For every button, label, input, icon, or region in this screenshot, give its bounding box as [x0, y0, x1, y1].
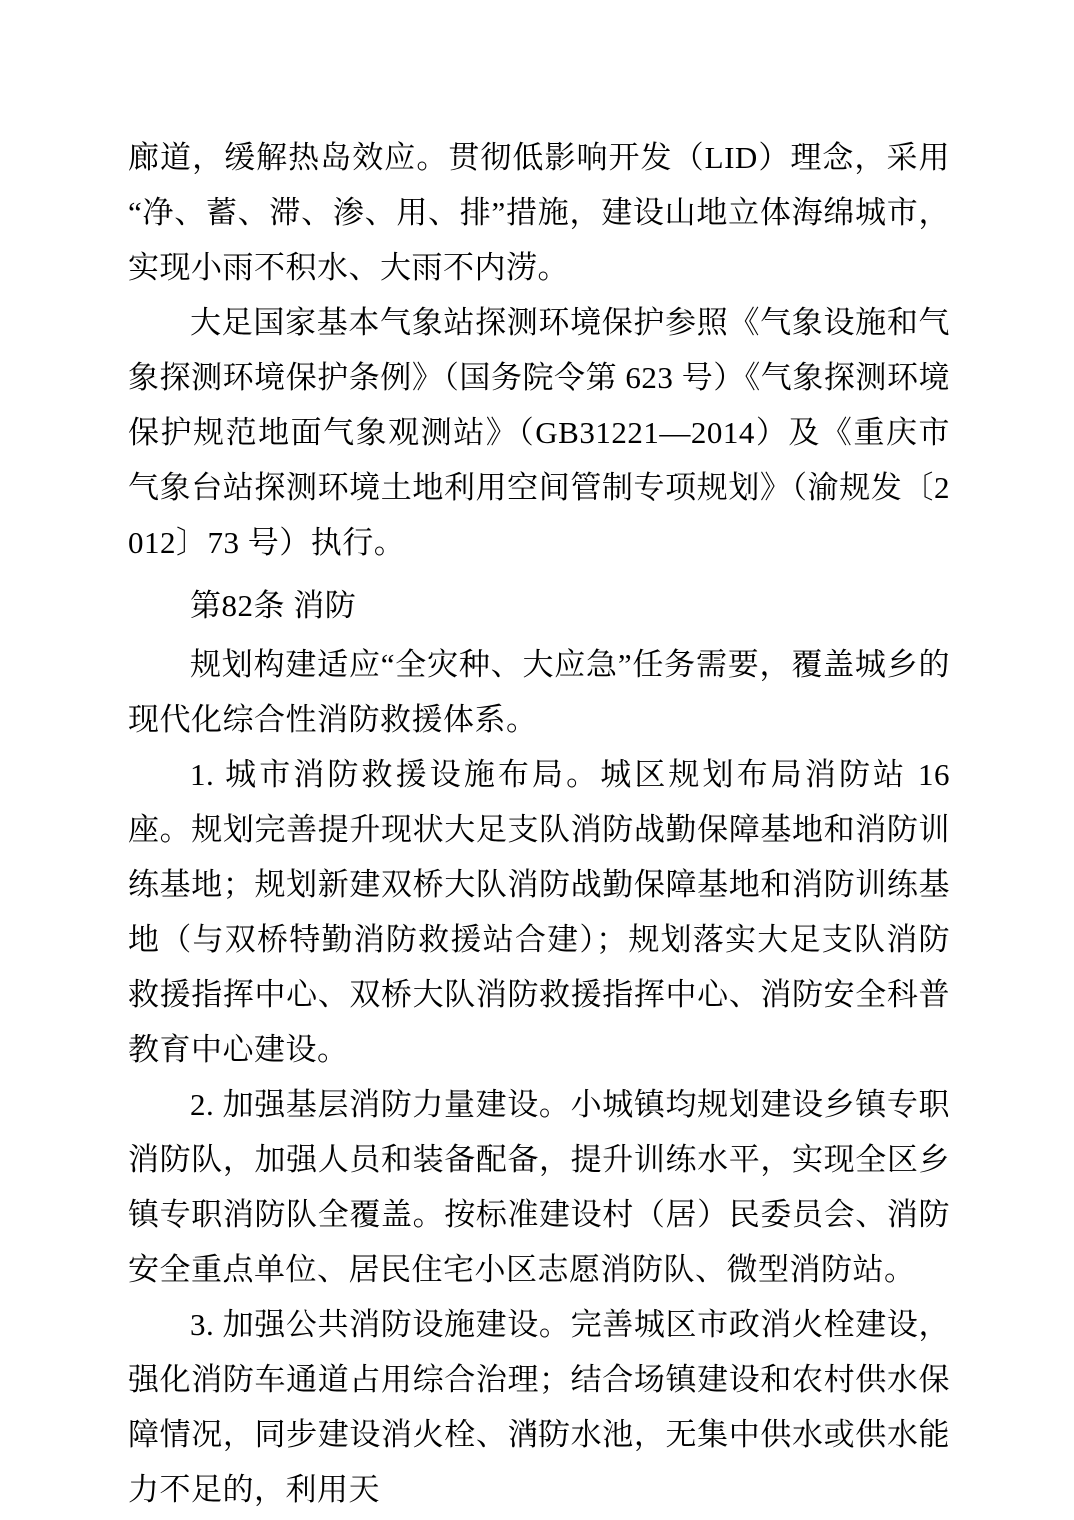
paragraph-sponge-city-continuation: 廊道，缓解热岛效应。贯彻低影响开发（LID）理念，采用“净、蓄、滞、渗、用、排”…	[128, 130, 950, 295]
article-82-heading: 第82条 消防	[128, 578, 950, 633]
paragraph-item-3-public-fire-facilities: 3. 加强公共消防设施建设。完善城区市政消火栓建设，强化消防车通道占用综合治理；…	[128, 1297, 950, 1517]
page-number: 61	[526, 1418, 549, 1442]
document-page: 廊道，缓解热岛效应。贯彻低影响开发（LID）理念，采用“净、蓄、滞、渗、用、排”…	[0, 0, 1074, 1520]
paragraph-fire-rescue-system: 规划构建适应“全灾种、大应急”任务需要，覆盖城乡的现代化综合性消防救援体系。	[128, 637, 950, 747]
paragraph-item-1-urban-fire-layout: 1. 城市消防救援设施布局。城区规划布局消防站 16 座。规划完善提升现状大足支…	[128, 747, 950, 1077]
page-footer: 61	[0, 1418, 1074, 1443]
paragraph-item-2-grassroots-fire-force: 2. 加强基层消防力量建设。小城镇均规划建设乡镇专职消防队，加强人员和装备配备，…	[128, 1077, 950, 1297]
document-body: 廊道，缓解热岛效应。贯彻低影响开发（LID）理念，采用“净、蓄、滞、渗、用、排”…	[128, 130, 950, 1517]
paragraph-meteorological-station: 大足国家基本气象站探测环境保护参照《气象设施和气象探测环境保护条例》（国务院令第…	[128, 295, 950, 570]
